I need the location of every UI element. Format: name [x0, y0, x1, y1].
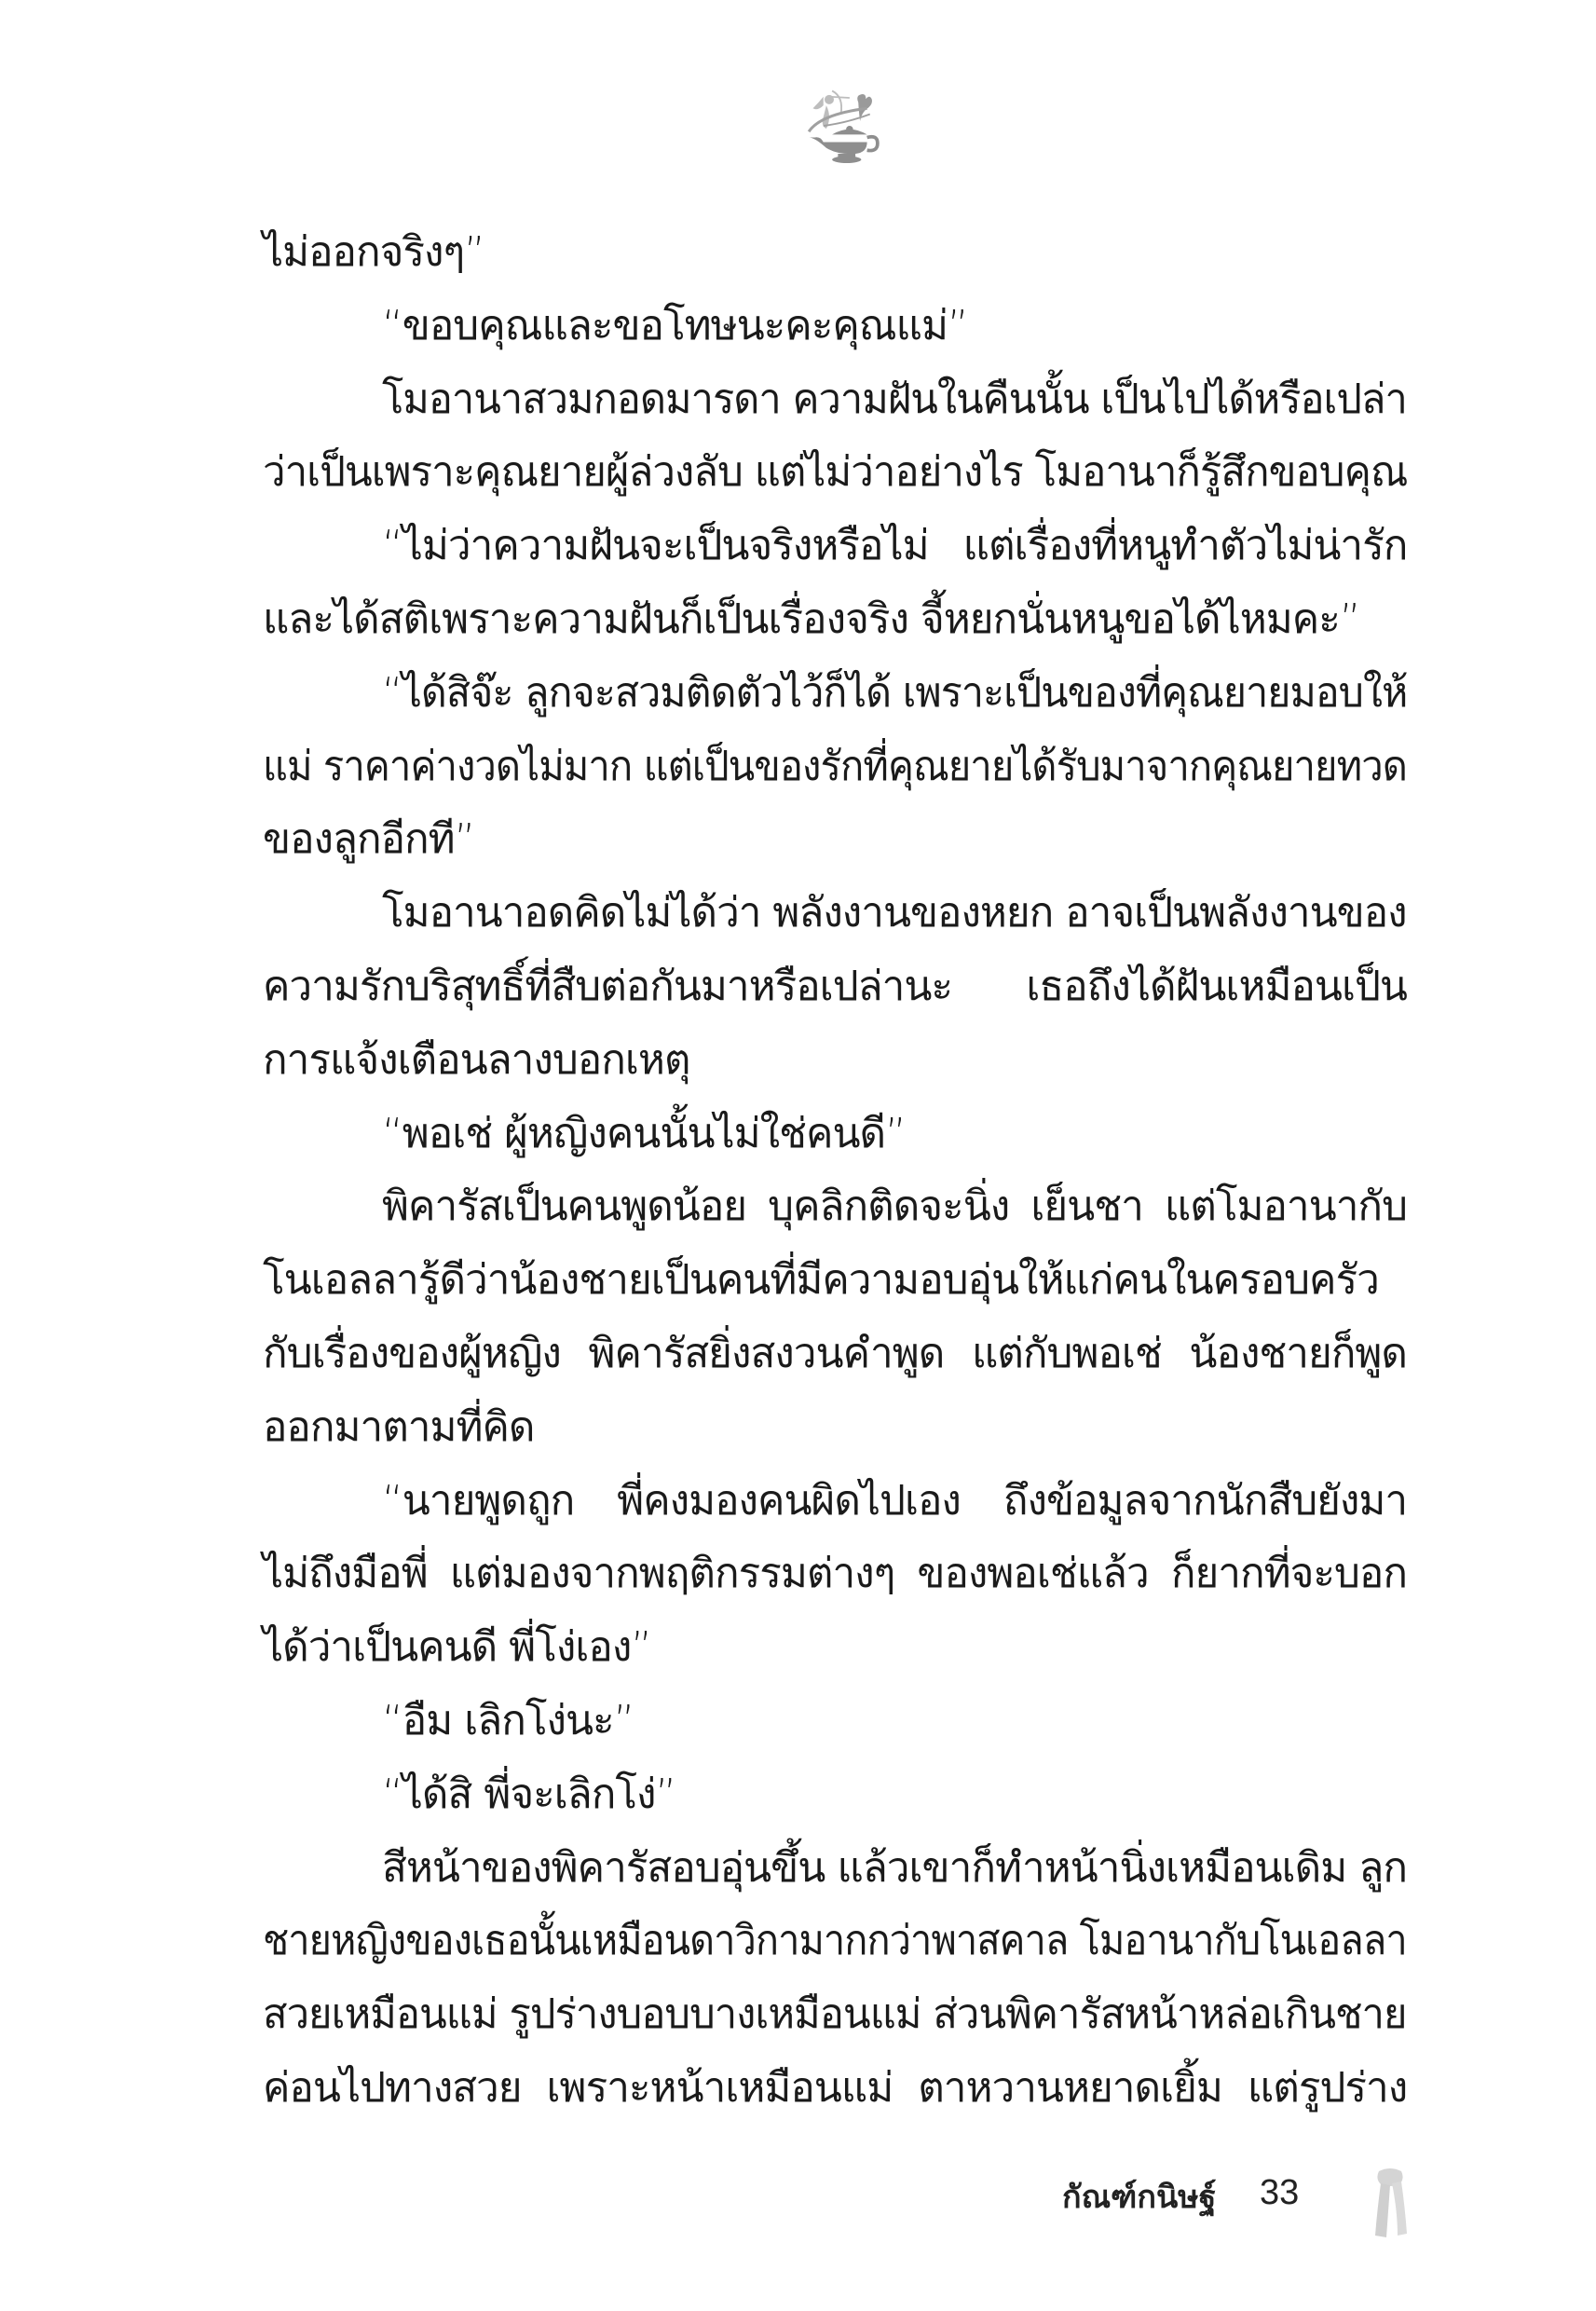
text-line: และได้สติเพราะความฝันก็เป็นเรื่องจริง จี…: [263, 583, 1407, 657]
text-line: “ได้สิจ๊ะ ลูกจะสวมติดตัวไว้ก็ได้ เพราะเป…: [263, 657, 1381, 731]
text-line: ชายหญิงของเธอนั้นเหมือนดาวิกามากกว่าพาสค…: [263, 1905, 1343, 1978]
text-line: ได้ว่าเป็นคนดี พี่โง่เอง”: [263, 1611, 1407, 1685]
text-line: โมอานาอดคิดไม่ได้ว่า พลังงานของหยก อาจเป…: [263, 877, 1406, 950]
text-line: แม่ ราคาค่างวดไม่มาก แต่เป็นของรักที่คุณ…: [263, 731, 1349, 804]
text-line: โมอานาสวมกอดมารดา ความฝันในคืนนั้น เป็นไ…: [263, 363, 1389, 437]
text-line: กับเรื่องของผู้หญิง พิคารัสยิ่งสงวนคำพูด…: [263, 1318, 1407, 1391]
body-text: ไม่ออกจริงๆ”“ขอบคุณและขอโทษนะคะคุณแม่”โม…: [263, 216, 1407, 2126]
text-line: ไม่ออกจริงๆ”: [263, 216, 1407, 290]
text-line: “นายพูดถูก พี่คงมองคนผิดไปเอง ถึงข้อมูลจ…: [263, 1465, 1407, 1538]
page-number: 33: [1260, 2173, 1299, 2213]
text-line: “อืม เลิกโง่นะ”: [263, 1685, 1407, 1758]
text-line: ไม่ถึงมือพี่ แต่มองจากพฤติกรรมต่างๆ ของพ…: [263, 1538, 1407, 1611]
text-line: ว่าเป็นเพราะคุณยายผู้ล่วงลับ แต่ไม่ว่าอย…: [263, 436, 1400, 510]
text-line: ออกมาตามที่คิด: [263, 1391, 1407, 1465]
text-line: พิคารัสเป็นคนพูดน้อย บุคลิกติดจะนิ่ง เย็…: [263, 1170, 1407, 1244]
text-line: สวยเหมือนแม่ รูปร่างบอบบางเหมือนแม่ ส่วน…: [263, 1978, 1395, 2052]
text-line: “ไม่ว่าความฝันจะเป็นจริงหรือไม่ แต่เรื่อ…: [263, 510, 1407, 583]
scarf-icon: [1370, 2167, 1412, 2241]
text-line: “พอเช่ ผู้หญิงคนนั้นไม่ใช่คนดี”: [263, 1098, 1407, 1171]
book-title: กัณฑ์กนิษฐ์: [1062, 2171, 1216, 2222]
text-line: สีหน้าของพิคารัสอบอุ่นขึ้น แล้วเขาก็ทำหน…: [263, 1832, 1407, 1906]
text-line: ของลูกอีกที”: [263, 803, 1407, 877]
text-line: การแจ้งเตือนลางบอกเหตุ: [263, 1024, 1407, 1098]
text-line: โนเอลลารู้ดีว่าน้องชายเป็นคนที่มีความอบอ…: [263, 1244, 1407, 1318]
text-line: “ขอบคุณและขอโทษนะคะคุณแม่”: [263, 290, 1407, 363]
genie-lamp-cupid-icon: [783, 56, 899, 172]
text-line: “ได้สิ พี่จะเลิกโง่”: [263, 1758, 1407, 1832]
text-line: ความรักบริสุทธิ์ที่สืบต่อกันมาหรือเปล่าน…: [263, 950, 1407, 1024]
text-line: ค่อนไปทางสวย เพราะหน้าเหมือนแม่ ตาหวานหย…: [263, 2052, 1407, 2126]
